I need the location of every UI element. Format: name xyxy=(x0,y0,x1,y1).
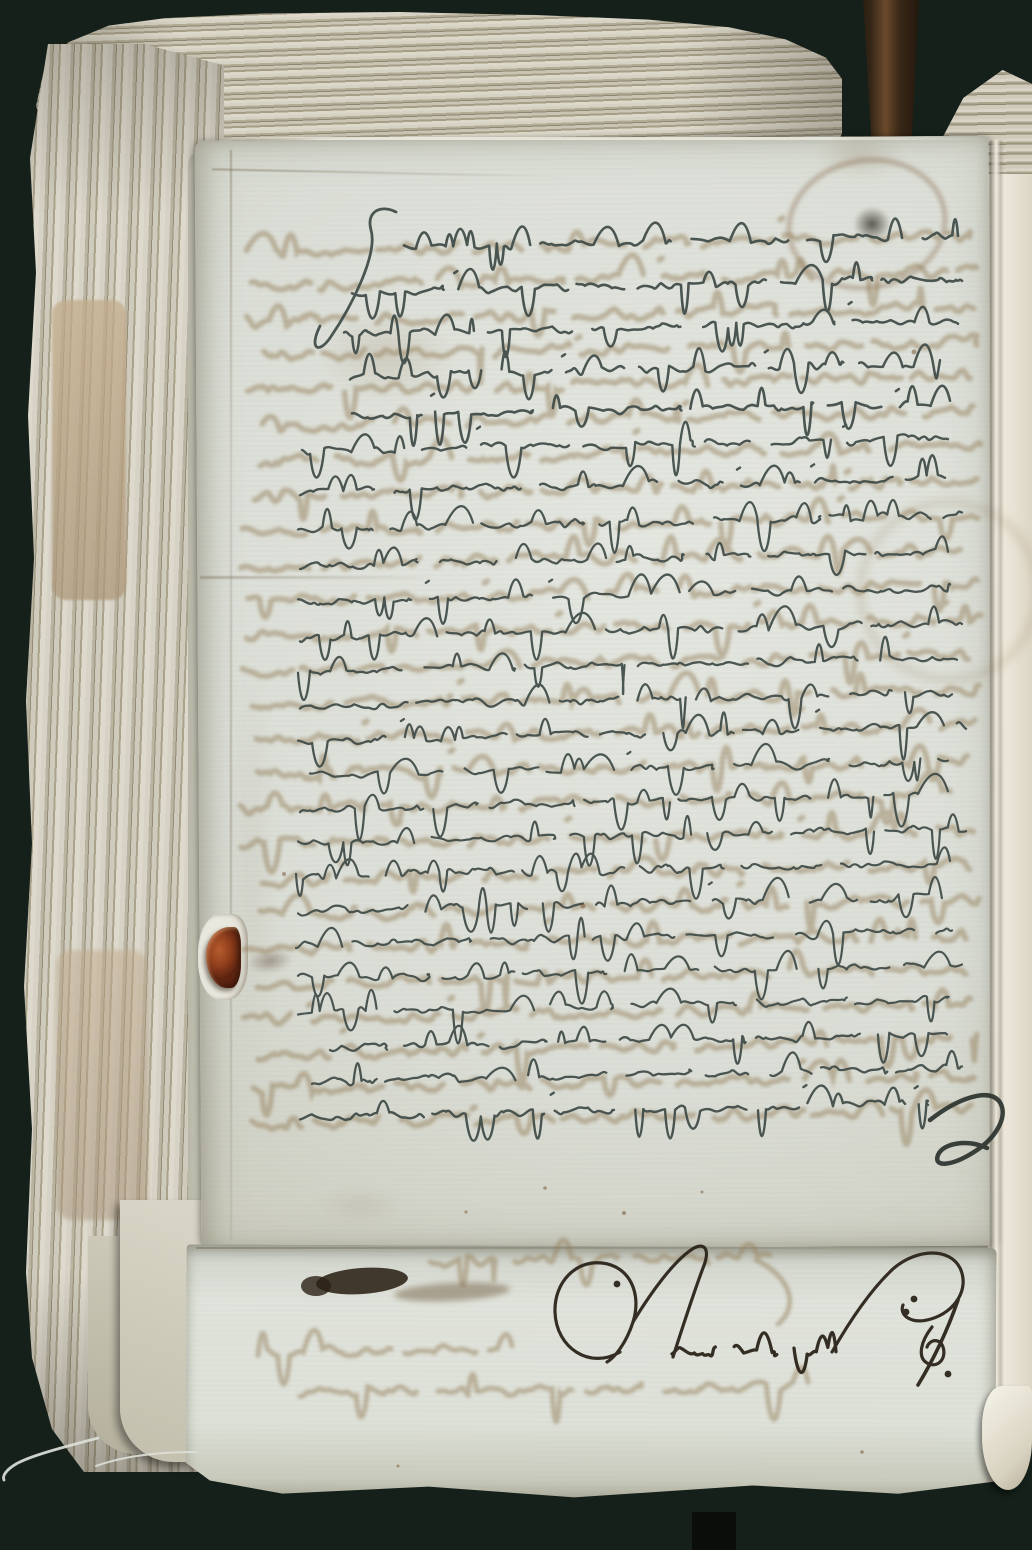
left-edge-tan-patch xyxy=(52,300,126,600)
manuscript-page xyxy=(195,136,996,1251)
archival-manuscript-photo xyxy=(0,0,1032,1550)
page-left-edge-crease xyxy=(230,150,232,1240)
lower-sheet-top-edge xyxy=(196,1247,986,1249)
wooden-board-edge xyxy=(846,0,932,146)
page-top-edge-highlight xyxy=(206,137,986,140)
page-crease xyxy=(200,576,440,579)
dark-post-shadow xyxy=(692,1512,736,1550)
adjacent-page-corner-roll xyxy=(982,1386,1032,1490)
left-edge-tan-patch xyxy=(56,950,148,1220)
lower-sheet xyxy=(185,1244,996,1502)
